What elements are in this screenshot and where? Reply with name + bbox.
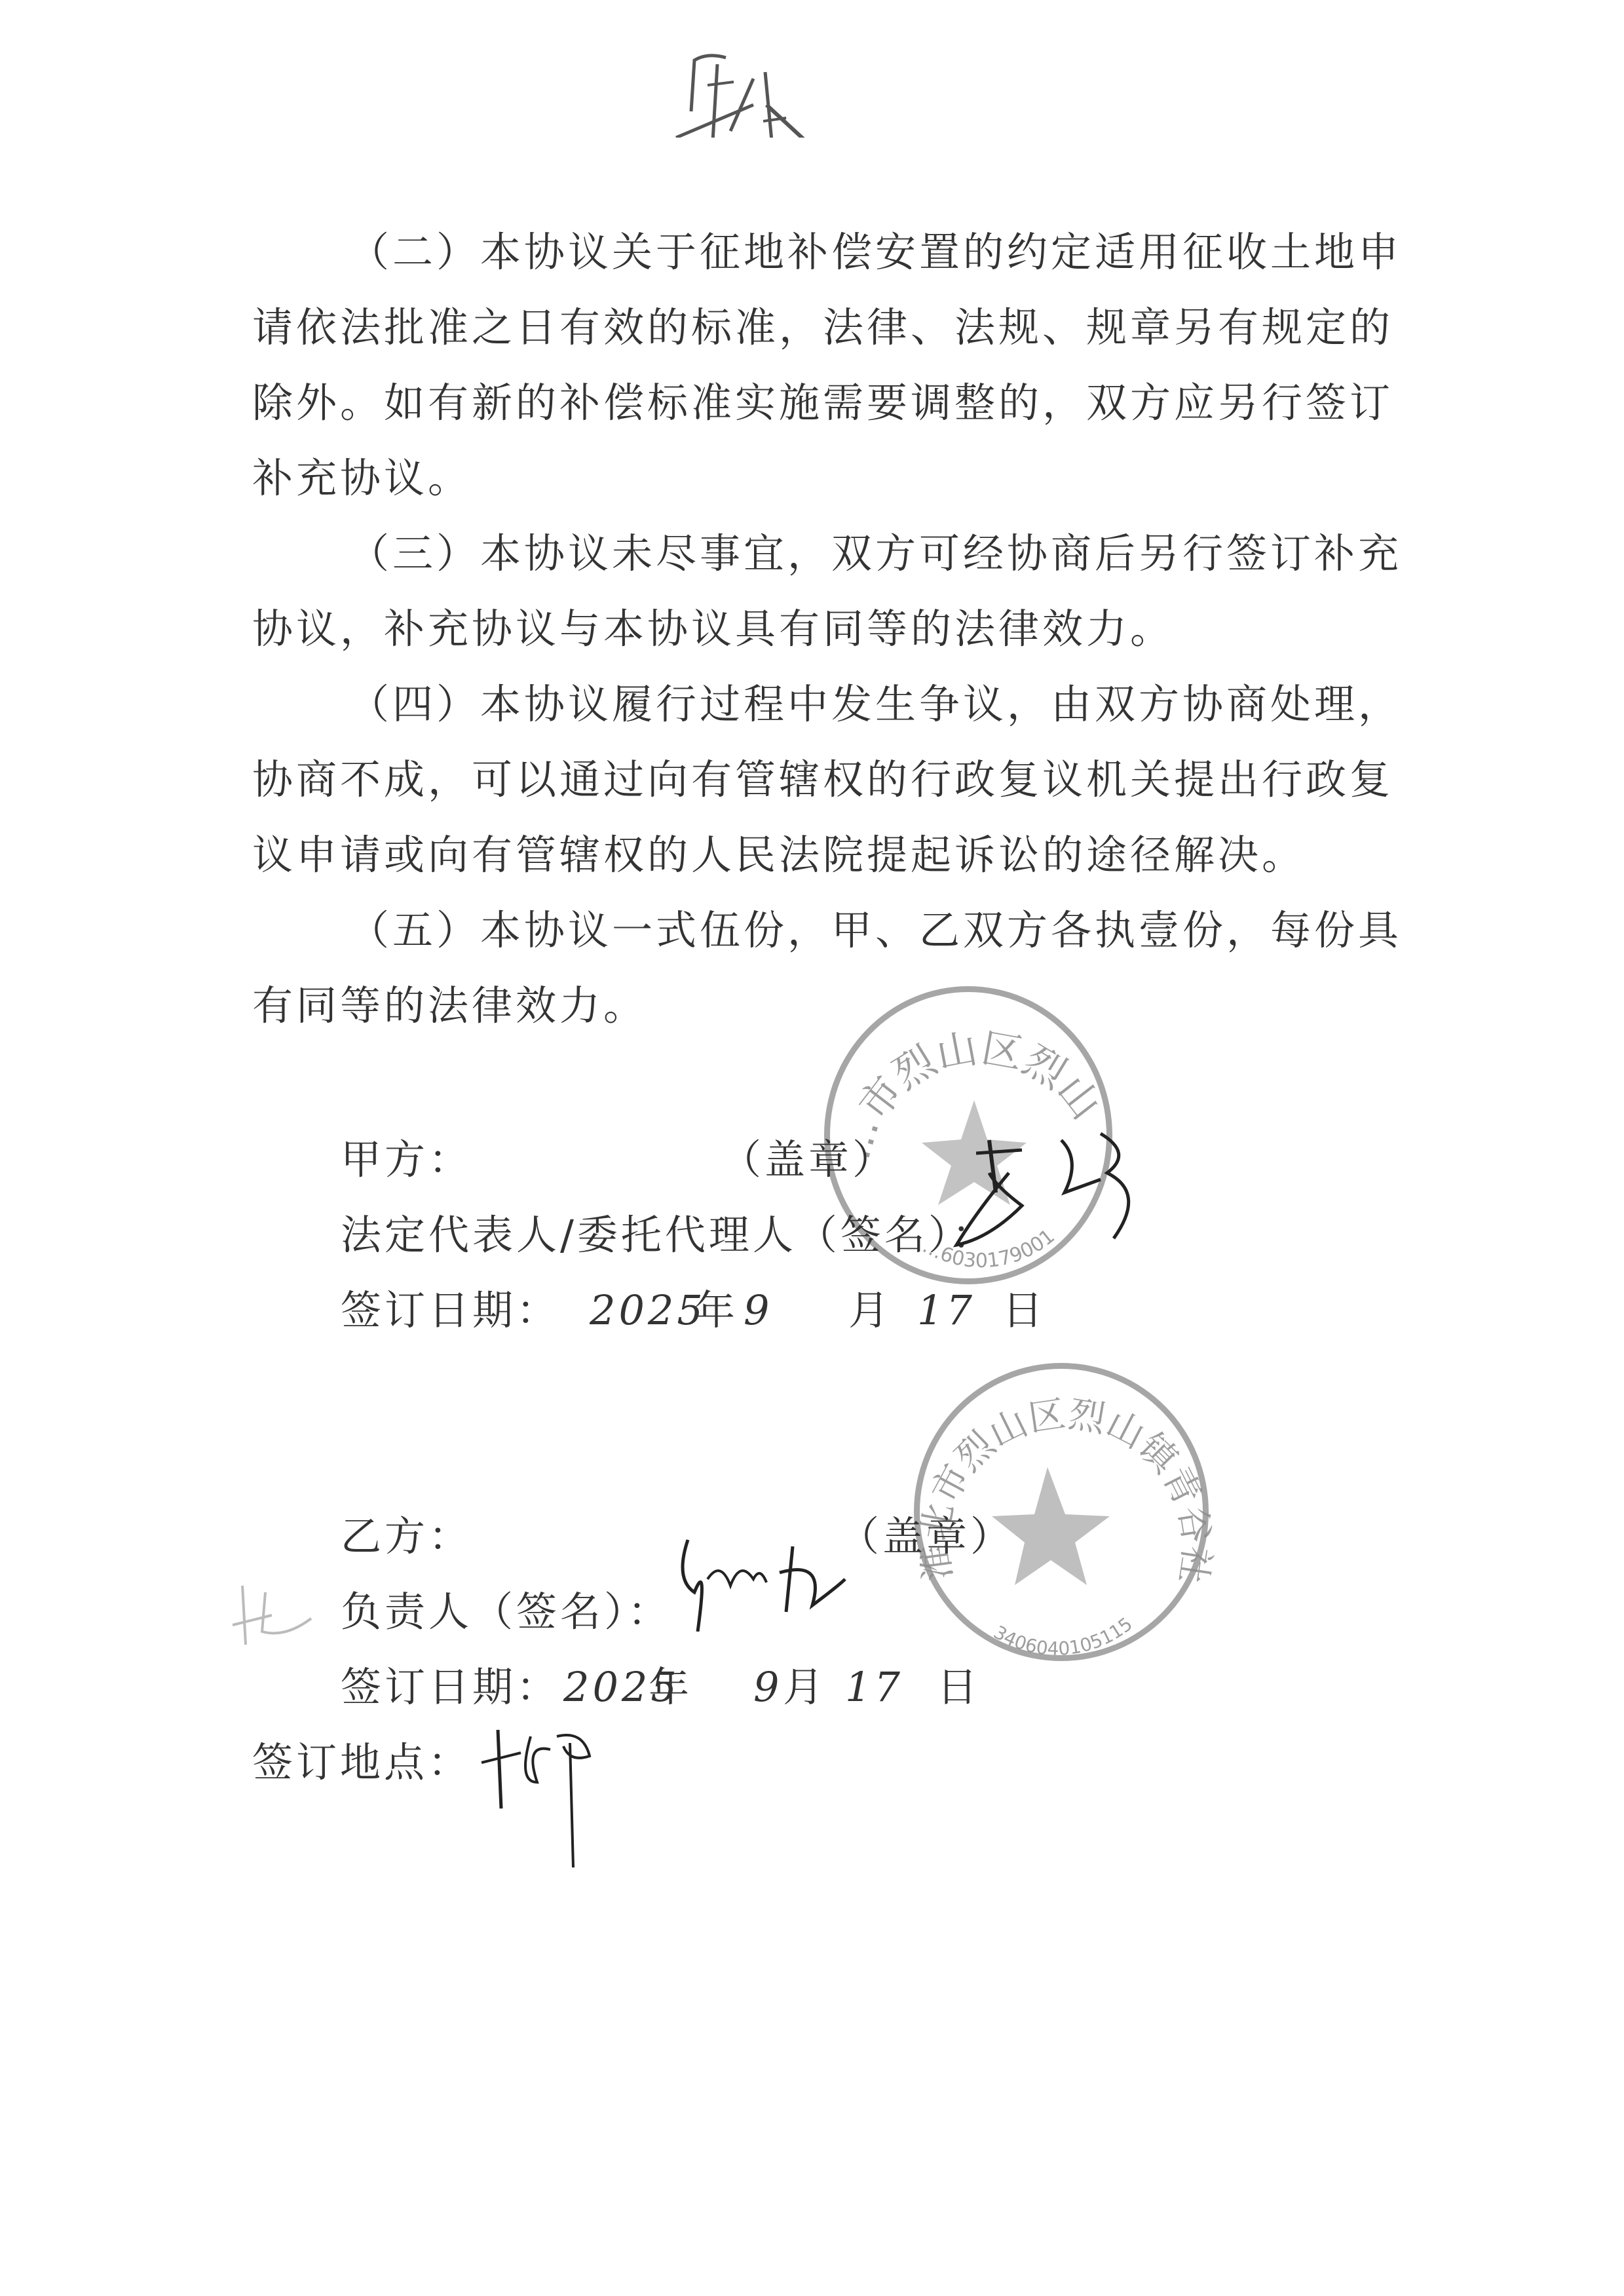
clause-3-line-2: 协议，补充协议与本协议具有同等的法律效力。 xyxy=(252,603,1405,655)
clause-4-line-1: （四）本协议履行过程中发生争议，由双方协商处理， xyxy=(349,678,1501,731)
signing-place-label: 签订地点： xyxy=(252,1736,472,1789)
clause-3-line-1: （三）本协议未尽事宜，双方可经协商后另行签订补充 xyxy=(349,527,1501,580)
party-a-year-unit: 年 xyxy=(694,1284,738,1337)
party-a-day-unit: 日 xyxy=(1002,1284,1046,1337)
margin-annotation: 钟 xyxy=(226,1579,331,1651)
clause-2-line-1: （二）本协议关于征地补偿安置的约定适用征收土地申 xyxy=(349,226,1501,278)
party-a-label: 甲方： xyxy=(341,1134,472,1186)
handwritten-header-annotation: 集体 xyxy=(668,46,825,138)
party-a-date-year: 2025 xyxy=(590,1284,706,1337)
party-a-month-unit: 月 xyxy=(848,1284,892,1337)
clause-4-line-3: 议申请或向有管辖权的人民法院提起诉讼的途径解决。 xyxy=(252,829,1405,881)
party-a-date-label: 签订日期： xyxy=(341,1284,560,1337)
document-page: 集体 （二）本协议关于征地补偿安置的约定适用征收土地申 请依法批准之日有效的标准… xyxy=(0,0,1624,2296)
signing-place-handwritten: 村部 xyxy=(472,1710,629,1867)
party-a-date-month: 9 xyxy=(744,1284,772,1337)
svg-text:3406040105115: 3406040105115 xyxy=(990,1613,1137,1660)
party-b-date-day: 17 xyxy=(845,1661,903,1713)
party-b-date-month: 9 xyxy=(753,1661,782,1713)
party-b-day-unit: 日 xyxy=(937,1661,981,1713)
party-b-representative-label: 负责人（签名）： xyxy=(341,1586,671,1638)
clause-5-line-1: （五）本协议一式伍份，甲、乙双方各执壹份，每份具 xyxy=(349,904,1501,957)
party-a-seal-label: （盖章） xyxy=(721,1134,896,1186)
party-b-month-unit: 月 xyxy=(783,1661,827,1713)
party-a-representative-signature: 李焕 xyxy=(950,1114,1160,1258)
clause-2-line-4: 补充协议。 xyxy=(252,452,1405,505)
party-b-seal-label: （盖章） xyxy=(839,1510,1014,1563)
party-b-label: 乙方： xyxy=(341,1510,472,1563)
clause-4-line-2: 协商不成，可以通过向有管辖权的行政复议机关提出行政复 xyxy=(252,754,1405,806)
party-a-date-day: 17 xyxy=(917,1284,975,1337)
party-a-representative-label: 法定代表人/委托代理人（签名）： xyxy=(341,1209,996,1261)
clause-5-line-2: 有同等的法律效力。 xyxy=(252,980,1405,1032)
party-b-year-unit: 年 xyxy=(649,1661,692,1713)
party-b-stamp-number: 3406040105115 xyxy=(990,1613,1137,1660)
clause-2-line-2: 请依法批准之日有效的标准，法律、法规、规章另有规定的 xyxy=(252,301,1405,354)
clause-2-line-3: 除外。如有新的补偿标准实施需要调整的，双方应另行签订 xyxy=(252,377,1405,429)
party-b-date-label: 签订日期： xyxy=(341,1661,560,1713)
party-b-representative-signature: 魏明磊 xyxy=(668,1533,858,1632)
